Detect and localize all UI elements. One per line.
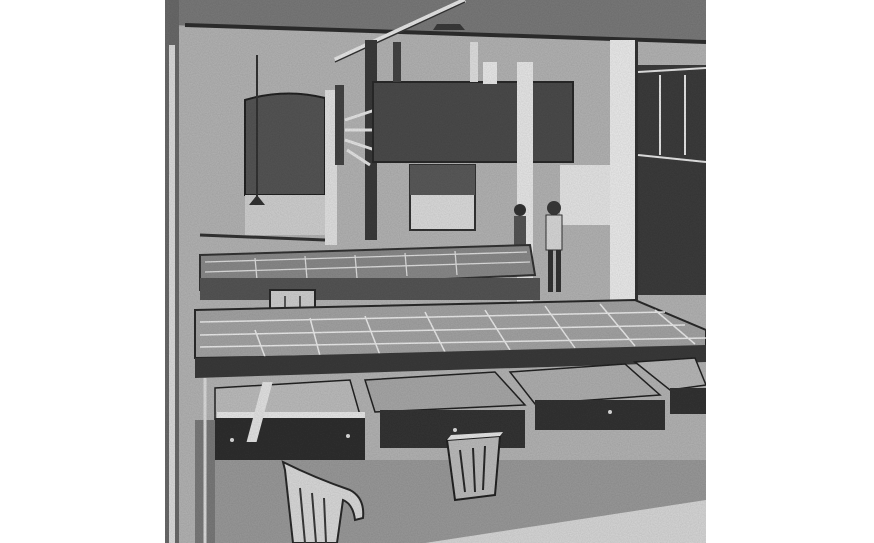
composing-room-illustration — [165, 0, 706, 543]
blackboard — [373, 82, 573, 162]
pillar-right — [610, 40, 635, 300]
right-window — [638, 65, 706, 295]
hanging-lamp — [433, 24, 465, 30]
wastebasket — [447, 432, 503, 500]
